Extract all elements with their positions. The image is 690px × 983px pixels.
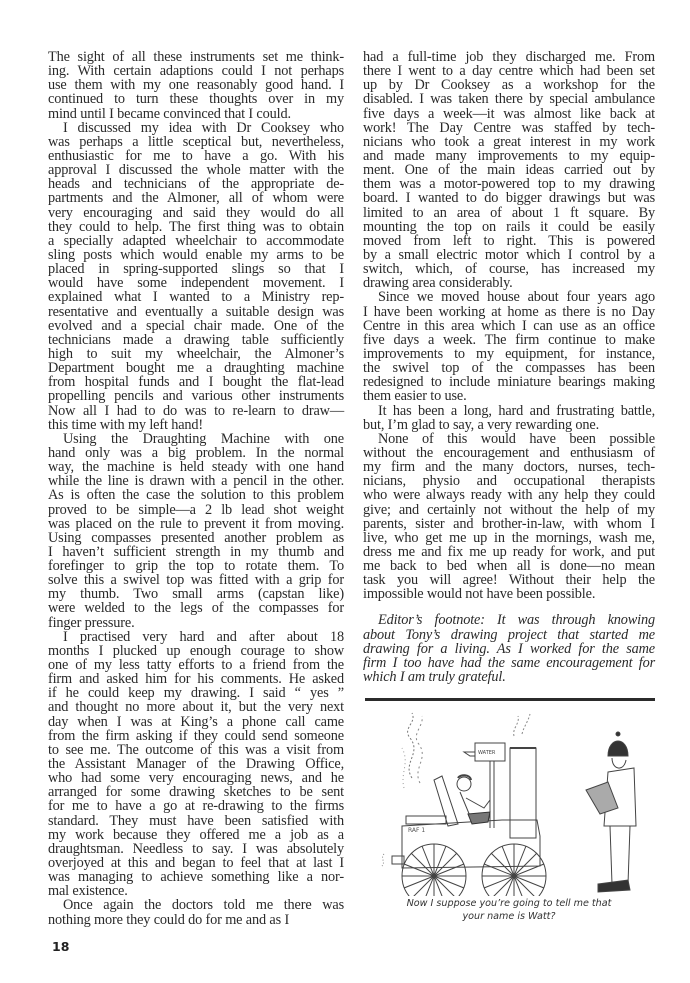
text-line: heads and technicians of the appropriate…: [48, 177, 344, 191]
text-line: the swivel top of the compasses has been: [363, 361, 655, 375]
text-line: one of my less tatty efforts to a friend…: [48, 658, 344, 672]
text-line: task you will agree! Without their help …: [363, 573, 655, 587]
article-body-continued: had a full-time job they discharged me. …: [363, 50, 655, 601]
text-line: Since we moved house about four years ag…: [363, 290, 655, 304]
text-line: enthusiastic for me to have a go. With h…: [48, 149, 344, 163]
text-line: drawing area considerably.: [363, 276, 655, 290]
text-line: from hospital funds and I bought the fla…: [48, 375, 344, 389]
text-line: dress me and fix me up ready for work, a…: [363, 545, 655, 559]
text-line: who were always ready with any help they…: [363, 488, 655, 502]
text-line: mounting the top on rails it could be ea…: [363, 220, 655, 234]
text-line: approval I discussed the whole matter wi…: [48, 163, 344, 177]
text-line: Department bought me a draughting machin…: [48, 361, 344, 375]
text-line: them was a motor-powered top to my drawi…: [363, 177, 655, 191]
text-line: technicians made a drawing table suffici…: [48, 333, 344, 347]
text-line: overjoyed at this and began to feel that…: [48, 856, 344, 870]
text-line: redesigned to include miniature bearings…: [363, 375, 655, 389]
text-line: was placed on the rule to prevent it fro…: [48, 517, 344, 531]
text-line: evolved and a special chair made. One of…: [48, 319, 344, 333]
text-line: which I am truly grateful.: [363, 670, 655, 684]
text-line: there I went to a day centre which had b…: [363, 64, 655, 78]
text-line: arranged for some drawing sketches to be…: [48, 785, 344, 799]
text-line: by a small electric motor which I contro…: [363, 248, 655, 262]
right-column: had a full-time job they discharged me. …: [363, 50, 655, 684]
text-line: a specially adapted wheelchair to accomm…: [48, 234, 344, 248]
text-line: were welded to the legs of the compasses…: [48, 601, 344, 615]
text-line: nicians, physio and occupational therapi…: [363, 474, 655, 488]
text-line: Using the Draughting Machine with one: [48, 432, 344, 446]
left-column: The sight of all these instruments set m…: [48, 50, 344, 927]
text-line: I haven’t sufficient strength in my thum…: [48, 545, 344, 559]
text-line: give; and certainly not without the help…: [363, 503, 655, 517]
caption-line-2: your name is Watt?: [363, 910, 655, 923]
text-line: nicians who took a great interest in my …: [363, 135, 655, 149]
text-line: to see me. The outcome of this was a vis…: [48, 743, 344, 757]
text-line: nothing more they could do for me and as…: [48, 913, 344, 927]
caption-line-1: Now I suppose you’re going to tell me th…: [363, 897, 655, 910]
horizontal-rule: [365, 698, 655, 701]
text-line: five days a week. The firm continue to m…: [363, 333, 655, 347]
text-line: and made many improvements to my equip-: [363, 149, 655, 163]
text-line: Using compasses presented another proble…: [48, 531, 344, 545]
text-line: As is often the case the solution to thi…: [48, 488, 344, 502]
text-line: had a full-time job they discharged me. …: [363, 50, 655, 64]
text-line: Once again the doctors told me there was: [48, 898, 344, 912]
text-line: and thought no more about it, but the ve…: [48, 700, 344, 714]
text-line: would have some independent movement. I: [48, 276, 344, 290]
text-line: solve this a swivel top was fitted with …: [48, 573, 344, 587]
cartoon-illustration: WATER RAF 1: [372, 708, 652, 896]
text-line: None of this would have been possible: [363, 432, 655, 446]
text-line: I discussed my idea with Dr Cooksey who: [48, 121, 344, 135]
svg-text:RAF 1: RAF 1: [408, 827, 425, 834]
text-line: explained what I wanted to a Ministry re…: [48, 290, 344, 304]
text-line: sling posts which would enable my arms t…: [48, 248, 344, 262]
text-line: I practised very hard and after about 18: [48, 630, 344, 644]
text-line: placed in spring-supported slings so tha…: [48, 262, 344, 276]
text-line: my firm and the many doctors, nurses, te…: [363, 460, 655, 474]
text-line: partments and the Almoner, all of whom w…: [48, 191, 344, 205]
text-line: them easier to use.: [363, 389, 655, 403]
steam-wheelchair-cartoon-icon: WATER RAF 1: [372, 708, 652, 896]
text-line: this time with my left hand!: [48, 418, 344, 432]
text-line: proved to be simple—a 2 lb lead shot wei…: [48, 503, 344, 517]
text-line: if he could keep my drawing. I said “ ye…: [48, 686, 344, 700]
policeman: [586, 732, 636, 892]
svg-text:WATER: WATER: [478, 750, 496, 756]
text-line: continued to turn these thoughts over in…: [48, 92, 344, 106]
text-line: me back to bed when all is done—no mean: [363, 559, 655, 573]
cartoon-caption: Now I suppose you’re going to tell me th…: [363, 897, 655, 923]
text-line: I have been working at home as there is …: [363, 305, 655, 319]
text-line: improvements to my equipment, for instan…: [363, 347, 655, 361]
text-line: switch, which, of course, has increased …: [363, 262, 655, 276]
text-line: without the encouragement and enthusiasm…: [363, 446, 655, 460]
text-line: propelling pencils and various other ins…: [48, 389, 344, 403]
text-line: was perhaps a little sceptical but, neve…: [48, 135, 344, 149]
text-line: ment. One of the main ideas carried out …: [363, 163, 655, 177]
text-line: the Assistant Manager of the Drawing Off…: [48, 757, 344, 771]
editors-footnote: Editor’s footnote: It was through knowin…: [363, 613, 655, 684]
text-line: up by Dr Cooksey as a workshop for the: [363, 78, 655, 92]
text-line: firm and asked him for his comments. He …: [48, 672, 344, 686]
page-number: 18: [52, 939, 69, 954]
text-line: impossible would not have been possible.: [363, 587, 655, 601]
text-line: my work because they offered me a job as…: [48, 828, 344, 842]
text-line: board. I wanted to do bigger drawings bu…: [363, 191, 655, 205]
front-wheel: [482, 844, 546, 896]
text-line: firm I too have had the same encourageme…: [363, 656, 655, 670]
text-line: live, who get me up in the mornings, was…: [363, 531, 655, 545]
text-line: Centre in this area which I can use as a…: [363, 319, 655, 333]
text-line: months I plucked up enough courage to sh…: [48, 644, 344, 658]
text-line: way, the machine is held steady with one…: [48, 460, 344, 474]
text-line: very encouraging and said they would do …: [48, 206, 344, 220]
text-line: draughtsman. Needless to say. I was abso…: [48, 842, 344, 856]
text-line: but, I’m glad to say, a very rewarding o…: [363, 418, 655, 432]
text-line: limited to an area of about 1 ft square.…: [363, 206, 655, 220]
text-line: about Tony’s drawing project that starte…: [363, 628, 655, 642]
text-line: forefinger to grip the top to rotate the…: [48, 559, 344, 573]
text-line: was managing to achieve something like a…: [48, 870, 344, 884]
text-line: work! The Day Centre was staffed by tech…: [363, 121, 655, 135]
text-line: five days a week—it was almost like back…: [363, 107, 655, 121]
text-line: The sight of all these instruments set m…: [48, 50, 344, 64]
text-line: disabled. I was taken there by special a…: [363, 92, 655, 106]
text-line: parents, sister and brother-in-law, with…: [363, 517, 655, 531]
text-line: ing. With certain adaptions could I not …: [48, 64, 344, 78]
text-line: Now all I had to do was to re-learn to d…: [48, 404, 344, 418]
text-line: from the firm asking if they could send …: [48, 729, 344, 743]
text-line: mind until I became convinced that I cou…: [48, 107, 344, 121]
text-line: high to suit my wheelchair, the Almoner’…: [48, 347, 344, 361]
text-line: finger pressure.: [48, 616, 344, 630]
text-line: drawing for a living. As I worked for th…: [363, 642, 655, 656]
text-line: hand only was a big problem. In the norm…: [48, 446, 344, 460]
text-line: It has been a long, hard and frustrating…: [363, 404, 655, 418]
text-line: my thumb. Two small arms (capstan like): [48, 587, 344, 601]
text-line: while the line is drawn with a pencil in…: [48, 474, 344, 488]
text-line: use them with my one reasonably good han…: [48, 78, 344, 92]
text-line: Editor’s footnote: It was through knowin…: [363, 613, 655, 627]
text-line: day when I was at King’s a phone call ca…: [48, 715, 344, 729]
text-line: resentative and eventually a suitable de…: [48, 305, 344, 319]
rear-wheel: [402, 844, 466, 896]
text-line: standard. They must have been satisfied …: [48, 814, 344, 828]
text-line: moved from left to right. This is powere…: [363, 234, 655, 248]
text-line: who had some very encouraging news, and …: [48, 771, 344, 785]
text-line: for me to have a go at re-drawing to the…: [48, 799, 344, 813]
text-line: mal existence.: [48, 884, 344, 898]
text-line: they could to help. The first thing was …: [48, 220, 344, 234]
